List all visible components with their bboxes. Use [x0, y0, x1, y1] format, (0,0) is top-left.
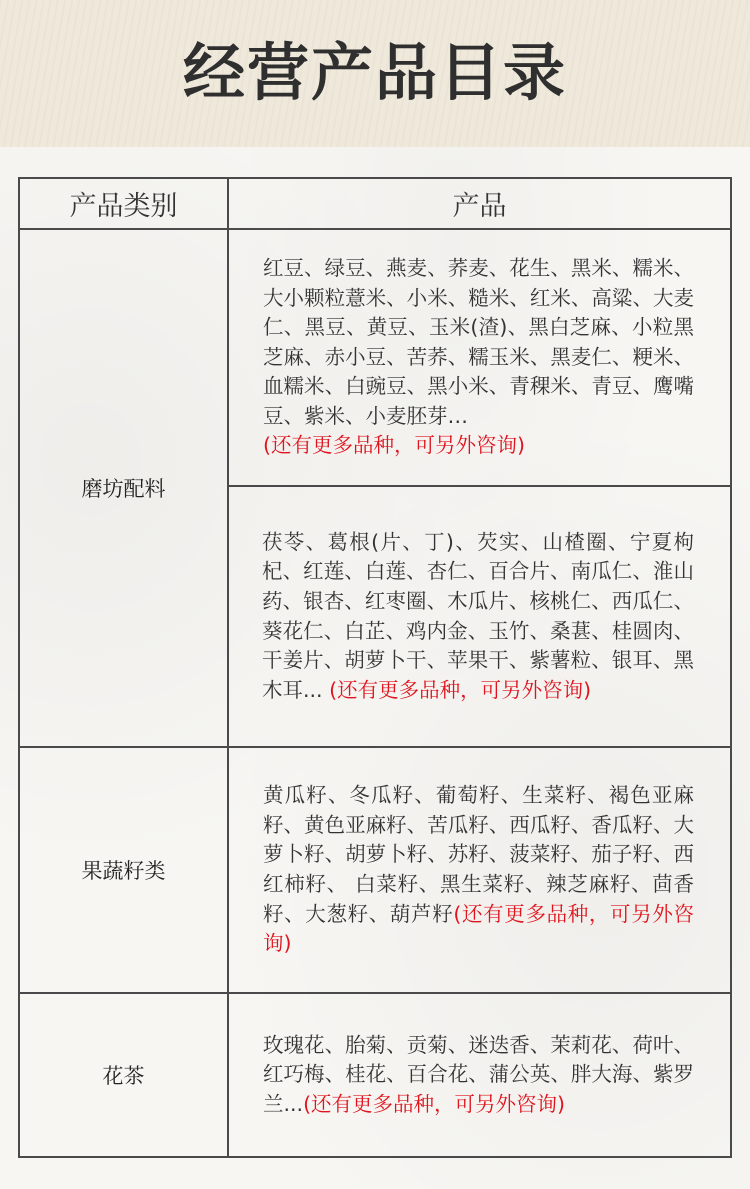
header-category: 产品类别 — [20, 179, 227, 228]
product-items: 茯苓、葛根(片、丁)、芡实、山楂圈、宁夏枸杞、红莲、白莲、杏仁、百合片、南瓜仁、… — [262, 530, 694, 702]
table-border-bottom — [18, 1156, 732, 1158]
header-products: 产品 — [229, 179, 730, 228]
product-items: 红豆、绿豆、燕麦、荞麦、花生、黑米、糯米、大小颗粒薏米、小米、糙米、红米、高粱、… — [263, 256, 694, 428]
table-border-right — [730, 177, 732, 1158]
category-flower-tea: 花茶 — [20, 994, 227, 1156]
product-list: 红豆、绿豆、燕麦、荞麦、花生、黑米、糯米、大小颗粒薏米、小米、糙米、红米、高粱、… — [229, 230, 730, 485]
page-title: 经营产品目录 — [0, 28, 750, 118]
category-mill-ingredients: 磨坊配料 — [20, 230, 227, 746]
product-list: 玫瑰花、胎菊、贡菊、迷迭香、茉莉花、荷叶、红巧梅、桂花、百合花、蒲公英、胖大海、… — [229, 994, 730, 1156]
more-varieties-note: (还有更多品种，可另外咨询) — [303, 1092, 565, 1116]
category-vegetable-seeds: 果蔬籽类 — [20, 748, 227, 992]
product-list: 黄瓜籽、冬瓜籽、葡萄籽、生菜籽、褐色亚麻籽、黄色亚麻籽、苦瓜籽、西瓜籽、香瓜籽、… — [229, 748, 730, 992]
header-band: 经营产品目录 — [0, 0, 750, 147]
more-varieties-note: (还有更多品种，可另外咨询) — [329, 678, 591, 702]
product-list: 茯苓、葛根(片、丁)、芡实、山楂圈、宁夏枸杞、红莲、白莲、杏仁、百合片、南瓜仁、… — [229, 487, 730, 746]
more-varieties-note: (还有更多品种，可另外咨询) — [263, 433, 525, 457]
